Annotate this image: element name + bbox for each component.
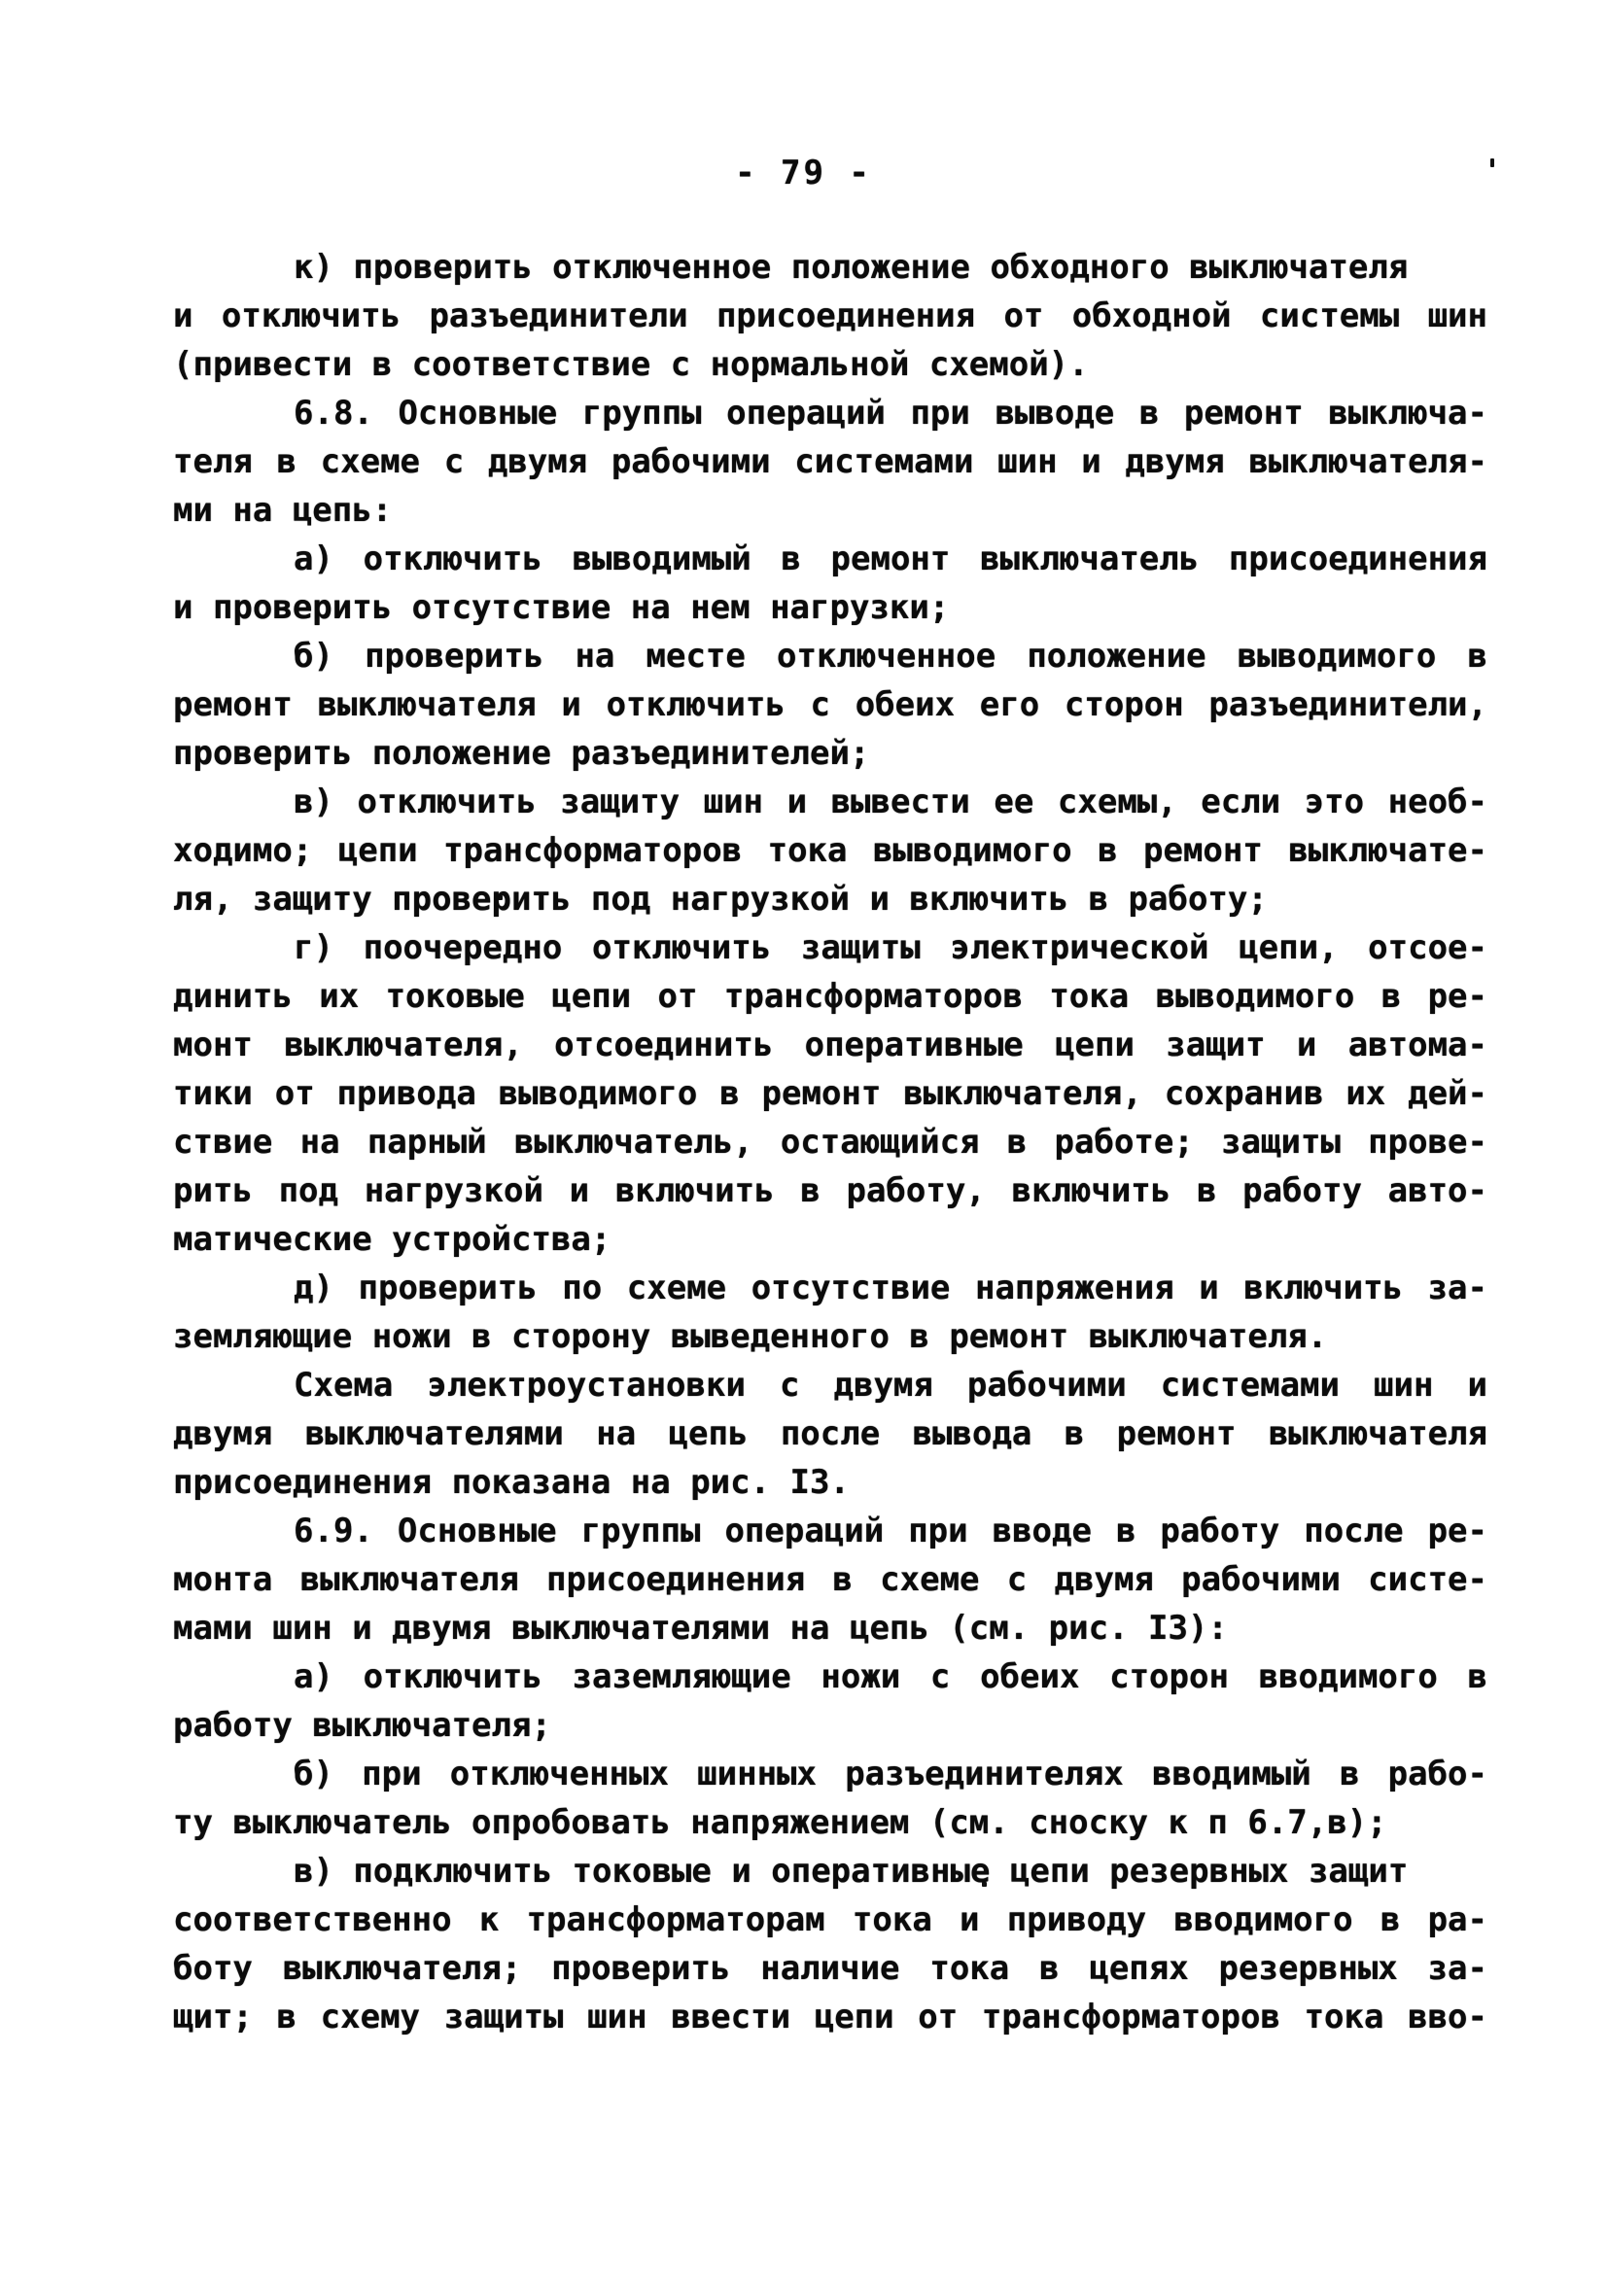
page-number: - 79 - xyxy=(0,154,1607,192)
text-line: соответственно к трансформаторам тока и … xyxy=(173,1896,1487,1944)
text-line: б) проверить на месте отключенное положе… xyxy=(173,632,1487,680)
text-line: теля в схеме с двумя рабочими системами … xyxy=(173,437,1487,486)
document-text-block: к) проверить отключенное положение обход… xyxy=(173,243,1487,2041)
text-line: монт выключателя, отсоединить оперативны… xyxy=(173,1021,1487,1069)
text-line: Схема электроустановки с двумя рабочими … xyxy=(173,1361,1487,1409)
text-line: ствие на парный выключатель, остающийся … xyxy=(173,1118,1487,1166)
text-line: и проверить отсутствие на нем нагрузки; xyxy=(173,583,1487,632)
text-line: матические устройства; xyxy=(173,1215,1487,1264)
text-line: боту выключателя; проверить наличие тока… xyxy=(173,1944,1487,1993)
text-line: ходимо; цепи трансформаторов тока выводи… xyxy=(173,826,1487,875)
text-line: работу выключателя; xyxy=(173,1701,1487,1750)
text-line: ремонт выключателя и отключить с обеих е… xyxy=(173,680,1487,729)
text-line: к) проверить отключенное положение обход… xyxy=(173,243,1487,292)
text-line: ми на цепь: xyxy=(173,486,1487,535)
text-line: в) подключить токовые и оперативные цепи… xyxy=(173,1847,1487,1896)
text-line: динить их токовые цепи от трансформаторо… xyxy=(173,972,1487,1021)
text-line: 6.9. Основные группы операций при вводе … xyxy=(173,1507,1487,1555)
text-line: земляющие ножи в сторону выведенного в р… xyxy=(173,1312,1487,1361)
text-line: мами шин и двумя выключателями на цепь (… xyxy=(173,1604,1487,1652)
text-line: ту выключатель опробовать напряжением (с… xyxy=(173,1798,1487,1847)
text-line: присоединения показана на рис. I3. xyxy=(173,1458,1487,1507)
text-line: рить под нагрузкой и включить в работу, … xyxy=(173,1166,1487,1215)
text-line: монта выключателя присоединения в схеме … xyxy=(173,1555,1487,1604)
text-line: д) проверить по схеме отсутствие напряже… xyxy=(173,1264,1487,1312)
scan-speck xyxy=(1490,158,1494,167)
text-line: в) отключить защиту шин и вывести ее схе… xyxy=(173,778,1487,826)
text-line: (привести в соответствие с нормальной сх… xyxy=(173,340,1487,389)
text-line: г) поочередно отключить защиты электриче… xyxy=(173,923,1487,972)
text-line: проверить положение разъединителей; xyxy=(173,729,1487,778)
document-page: - 79 - к) проверить отключенное положени… xyxy=(0,0,1607,2296)
text-line: а) отключить заземляющие ножи с обеих ст… xyxy=(173,1652,1487,1701)
text-line: щит; в схему защиты шин ввести цепи от т… xyxy=(173,1993,1487,2041)
text-line: б) при отключенных шинных разъединителях… xyxy=(173,1750,1487,1798)
text-line: тики от привода выводимого в ремонт выкл… xyxy=(173,1069,1487,1118)
text-line: и отключить разъединители присоединения … xyxy=(173,292,1487,340)
text-line: 6.8. Основные группы операций при выводе… xyxy=(173,389,1487,437)
text-line: а) отключить выводимый в ремонт выключат… xyxy=(173,535,1487,583)
text-line: ля, защиту проверить под нагрузкой и вкл… xyxy=(173,875,1487,923)
text-line: двумя выключателями на цепь после вывода… xyxy=(173,1409,1487,1458)
